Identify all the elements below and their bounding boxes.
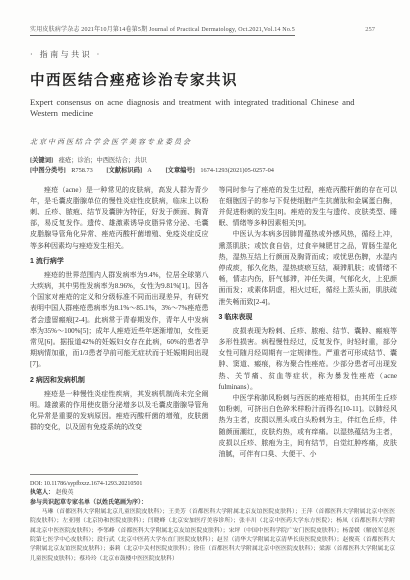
journal-citation: 实用皮肤病学杂志 2021年10月第14卷第5期 Journal of Prac… xyxy=(30,24,295,36)
experts-list: 马琳（首都医科大学附属北京儿童医院皮肤科）；王美芳（首都医科大学附属北京友谊医院… xyxy=(30,508,395,564)
paragraph: 等同时参与了痤疮的发生过程，痤疮丙酸杆菌的存在可以在细胞因子的参与下促使细胞产生… xyxy=(219,185,398,230)
article-meta: [关键词] 痤疮；诊治；中西医结合；共识 [中图分类号] R758.73 [文献… xyxy=(30,156,397,176)
paragraph: 中医认为本病多因肺胃蕴热或外感风热，循经上冲，熏蒸肌肤；或饮食自倍，过食辛辣肥甘… xyxy=(219,229,398,307)
journal-page: 实用皮肤病学杂志 2021年10月第14卷第5期 Journal of Prac… xyxy=(0,0,410,580)
writer-label: 执笔人： xyxy=(30,490,54,496)
paragraph: 痤疮的世界范围内人群发病率为9.4%，位居全球第八大疾病，其中男性发病率为8.9… xyxy=(30,270,209,371)
section-heading-etiology: 2 病因和发病机制 xyxy=(30,375,209,386)
footnote-divider xyxy=(30,474,138,475)
article-body: 痤疮（acne）是一种常见的皮肤病，高发人群为青少年，是毛囊皮脂腺单位的慢性炎症… xyxy=(30,185,397,461)
paragraph: 皮损表现为粉刺、丘疹、脓疱、结节、囊肿、瘢痕等多形性损害。病程慢性经过，反复发作… xyxy=(219,326,398,393)
article-no-label: [文章编号] xyxy=(165,167,194,174)
page-header: 实用皮肤病学杂志 2021年10月第14卷第5期 Journal of Prac… xyxy=(30,24,397,36)
doc-code-value: A xyxy=(147,167,152,174)
classification-line: [中图分类号] R758.73 [文献标识码] A [文章编号] 1674-12… xyxy=(30,166,397,176)
article-title-chinese: 中西医结合痤疮诊治专家共识 xyxy=(30,69,397,90)
paragraph: 痤疮（acne）是一种常见的皮肤病，高发人群为青少年，是毛囊皮脂腺单位的慢性炎症… xyxy=(30,185,209,252)
writer-name: 赵俊英 xyxy=(56,490,74,496)
footnote-block: DOI: 10.11786/sypfbxzz.1674-1293.2021050… xyxy=(30,474,397,564)
left-column: 痤疮（acne）是一种常见的皮肤病，高发人群为青少年，是毛囊皮脂腺单位的慢性炎症… xyxy=(30,185,209,461)
clc-label: [中图分类号] xyxy=(30,167,66,174)
keywords-label: [关键词] xyxy=(30,157,53,164)
article-title-english: Expert consensus on acne diagnosis and t… xyxy=(30,97,360,120)
paragraph: 痤疮是一种慢性炎症性疾病，其发病机制尚未完全阐明。雄激素的作用使皮脂分泌增多以及… xyxy=(30,389,209,434)
article-no-value: 1674-1293(2021)05-0257-04 xyxy=(200,167,273,174)
column-section-marker: · 指南与共识 · xyxy=(30,49,397,60)
right-column: 等同时参与了痤疮的发生过程，痤疮丙酸杆菌的存在可以在细胞因子的参与下促使细胞产生… xyxy=(219,185,398,461)
section-heading-clinical: 3 临床表现 xyxy=(219,312,398,323)
section-heading-epidemiology: 1 流行病学 xyxy=(30,256,209,267)
clc-value: R758.73 xyxy=(71,167,93,174)
keywords-value: 痤疮；诊治；中西医结合；共识 xyxy=(59,157,147,164)
author-affiliation: 北京中西医结合学会医学美容专业委员会 xyxy=(30,137,397,147)
writer-line: 执笔人： 赵俊英 xyxy=(30,489,397,498)
experts-list-label: 参与共识起草专家名单（以姓氏笔画为序）： xyxy=(30,499,397,508)
page-number: 257 xyxy=(365,26,375,33)
doi-line: DOI: 10.11786/sypfbxzz.1674-1293.2021050… xyxy=(30,480,397,489)
doc-code-label: [文献标识码] xyxy=(106,167,142,174)
keywords-line: [关键词] 痤疮；诊治；中西医结合；共识 xyxy=(30,156,397,166)
paragraph: 中医学称肺风粉刺与西医的痤疮相似，由其所生丘疹如粉刺，可挤出白色碎米样粉汁而得名… xyxy=(219,393,398,460)
